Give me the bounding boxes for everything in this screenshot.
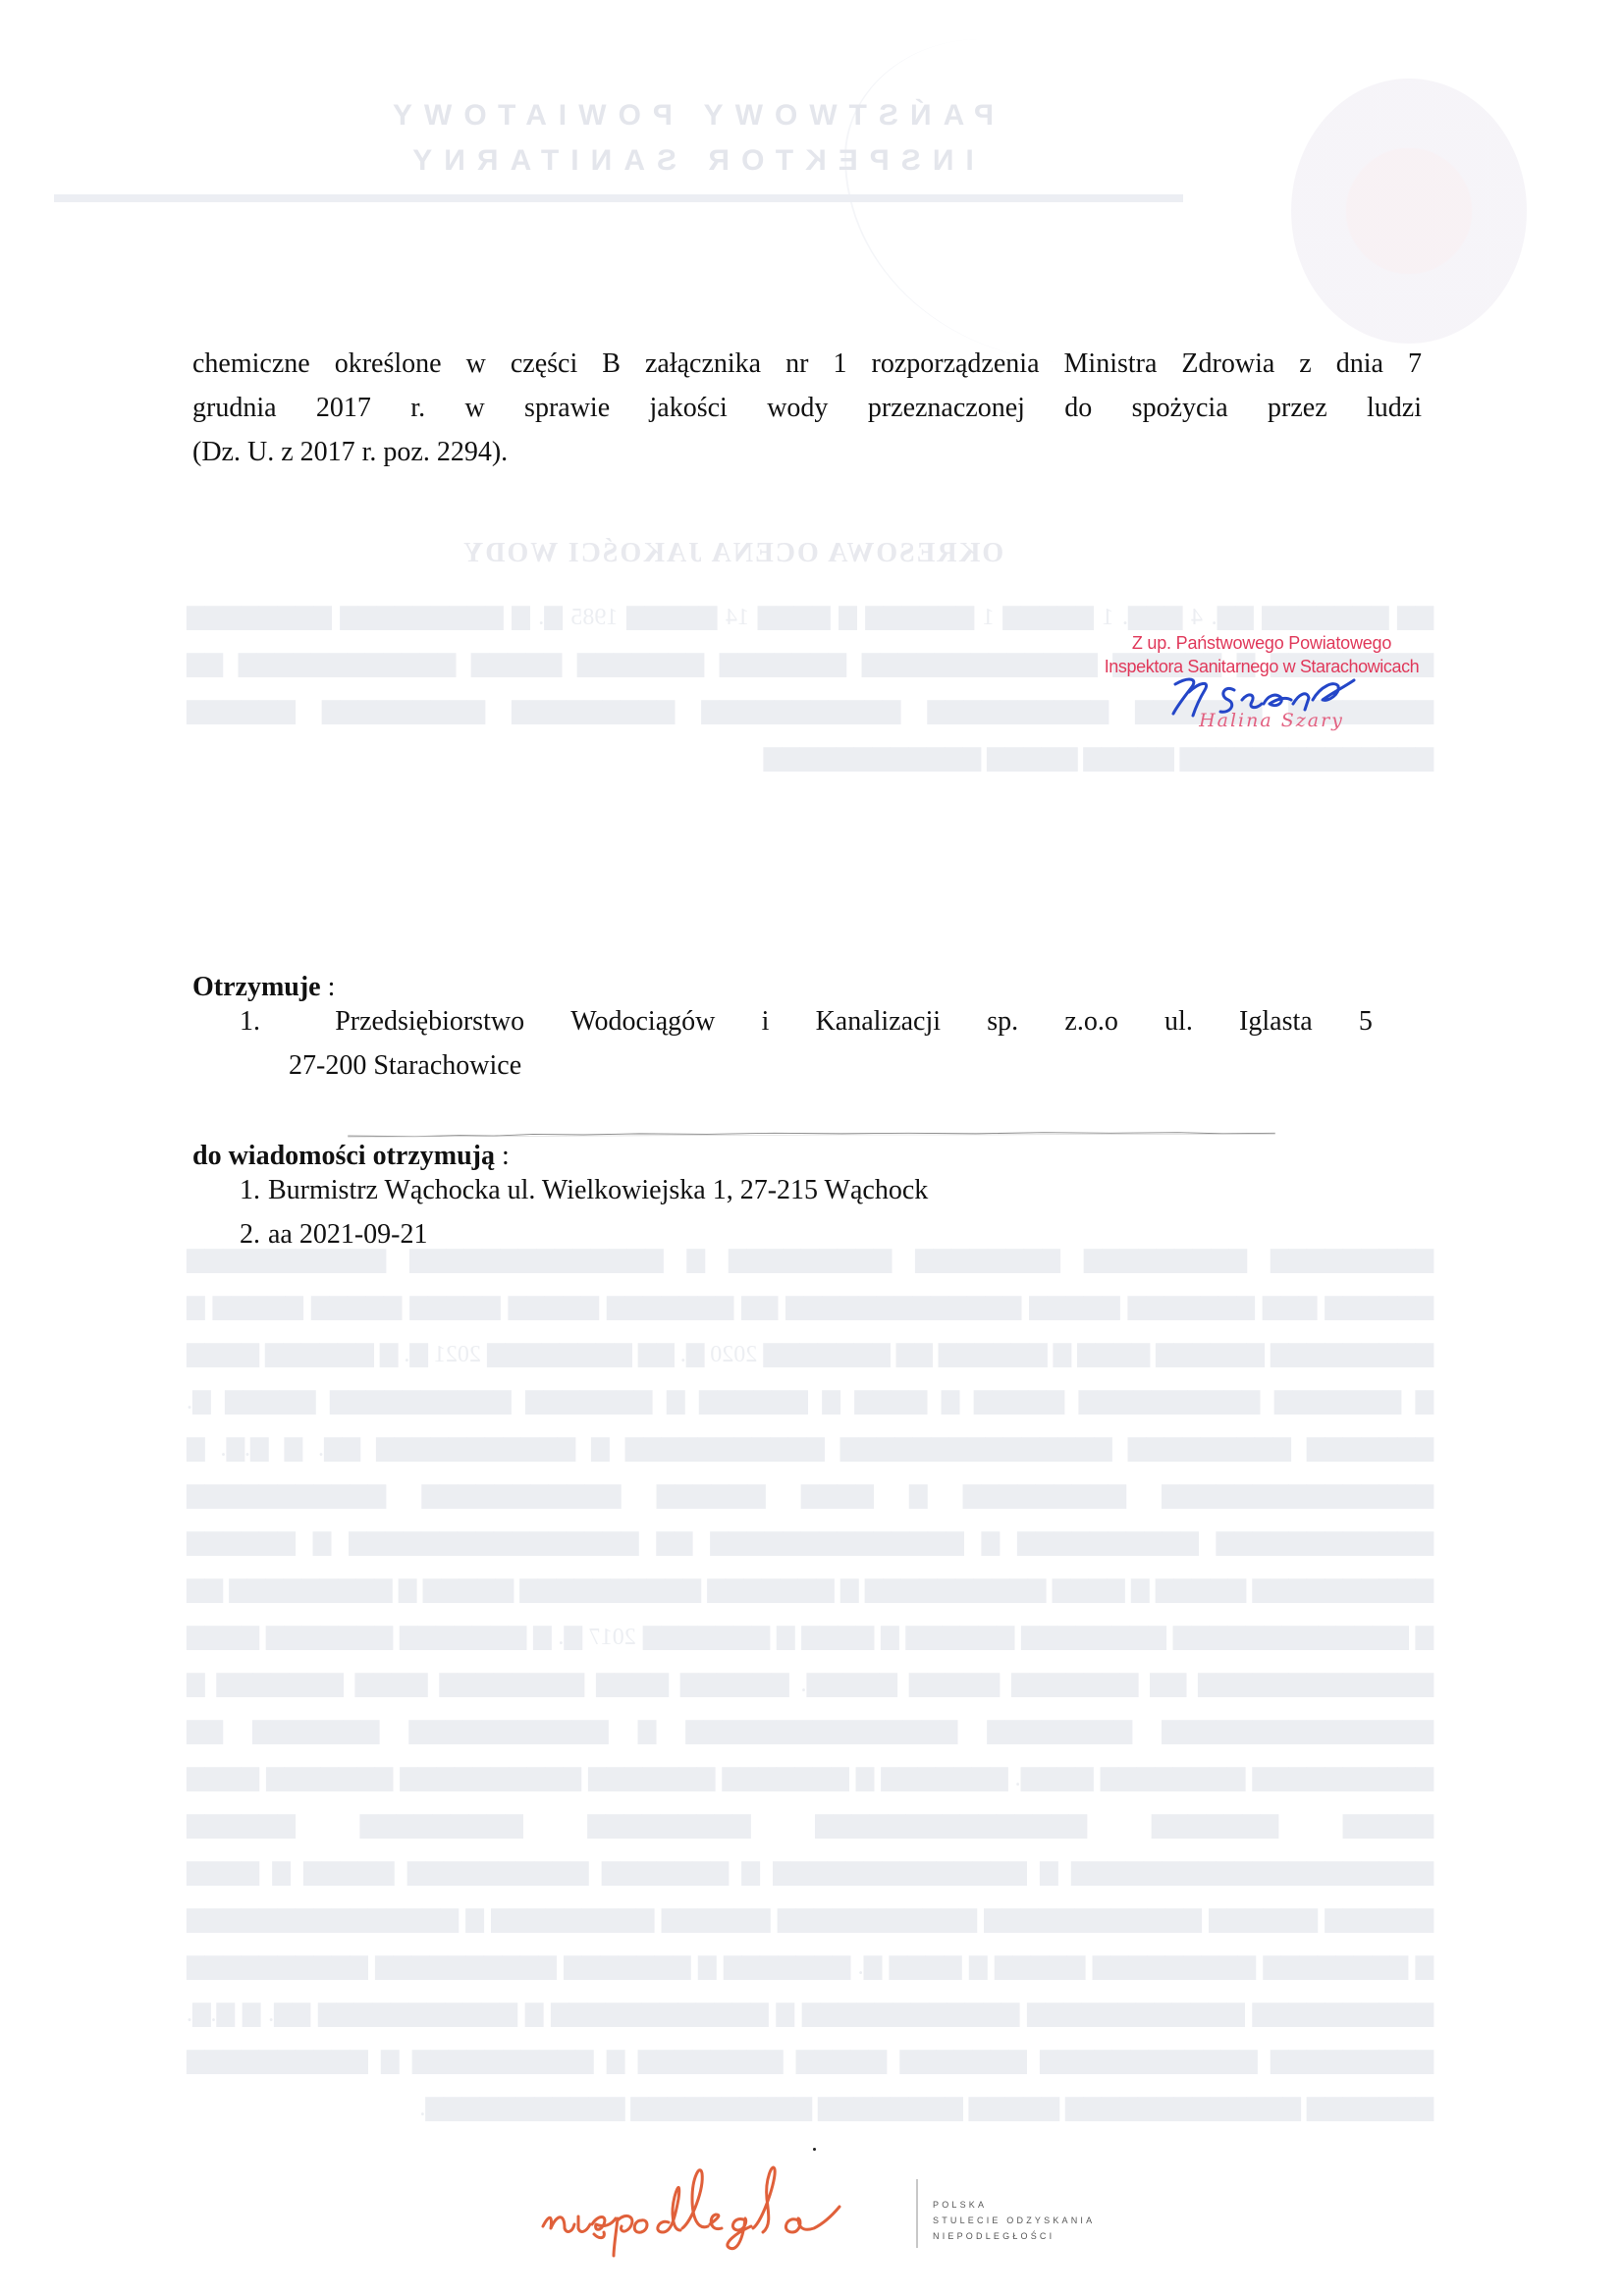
cc-item-text: Burmistrz Wąchocka ul. Wielkowiejska 1, … — [268, 1168, 928, 1212]
list-item: 1. Burmistrz Wąchocka ul. Wielkowiejska … — [240, 1168, 928, 1212]
recipient-word: Kanalizacji — [816, 999, 941, 1043]
official-stamp: Z up. Państwowego Powiatowego Inspektora… — [1075, 631, 1448, 733]
recipient-word: Wodociągów — [570, 999, 715, 1043]
footer-logo-niepodlegla: niepodległa POLSKA STULECIE ODZYSKANIA N… — [535, 2130, 1124, 2248]
recipient-word: ul. — [1164, 999, 1193, 1043]
body-paragraph-line: chemiczne określone w części B załącznik… — [192, 342, 1422, 386]
logo-tagline-line: POLSKA — [933, 2197, 1095, 2213]
stamp-line-1: Z up. Państwowego Powiatowego — [1075, 631, 1448, 655]
recipients-list: 1. Przedsiębiorstwo Wodociągów i Kanaliz… — [240, 999, 1422, 1088]
body-paragraph-line: grudnia 2017 r. w sprawie jakości wody p… — [192, 386, 1422, 430]
recipient-word: 5 — [1359, 999, 1373, 1043]
recipients-heading-colon: : — [321, 972, 336, 1002]
recipient-word: z.o.o — [1064, 999, 1117, 1043]
logo-divider — [916, 2179, 918, 2248]
niepodlegla-script-icon: niepodległa — [535, 2150, 908, 2258]
logo-tagline: POLSKA STULECIE ODZYSKANIA NIEPODLEGŁOŚC… — [933, 2197, 1095, 2244]
bleed-through-heading: OKRESOWA OCENA JAKOŚCI WODY — [461, 538, 1003, 569]
list-item: 2. aa 2021-09-21 — [240, 1212, 928, 1256]
recipient-word: i — [762, 999, 770, 1043]
cc-item-text: aa 2021-09-21 — [268, 1212, 428, 1256]
cc-heading-text: do wiadomości otrzymują — [192, 1141, 495, 1171]
list-number: 1. — [240, 999, 289, 1043]
logo-tagline-line: NIEPODLEGŁOŚCI — [933, 2228, 1095, 2244]
bleed-through-text: ▇▇▇▇▇▇▇▇▇ ▇▇▇▇▇▇▇▇▇ ▇▇▇▇▇▇▇▇ ▇▇▇▇▇▇▇▇▇ ▇… — [187, 1237, 1434, 2132]
list-number: 1. — [240, 1168, 260, 1212]
recipient-word: Przedsiębiorstwo — [335, 999, 524, 1043]
logo-tagline-line: STULECIE ODZYSKANIA — [933, 2213, 1095, 2228]
recipient-line-2: 27-200 Starachowice — [240, 1043, 1422, 1088]
bleed-through-seal — [1291, 79, 1527, 344]
recipients-heading-text: Otrzymuje — [192, 972, 321, 1002]
recipient-word: Iglasta — [1239, 999, 1313, 1043]
body-paragraph-line: (Dz. U. z 2017 r. poz. 2294). — [192, 430, 1422, 474]
signature-icon — [1165, 670, 1362, 720]
handwritten-signature — [1075, 678, 1448, 708]
recipient-word: sp. — [987, 999, 1018, 1043]
cc-list: 1. Burmistrz Wąchocka ul. Wielkowiejska … — [240, 1168, 928, 1256]
list-number: 2. — [240, 1212, 260, 1256]
recipient-line-1: 1. Przedsiębiorstwo Wodociągów i Kanaliz… — [240, 999, 1373, 1043]
body-paragraph: chemiczne określone w części B załącznik… — [192, 342, 1422, 474]
bleed-through-rule — [54, 194, 1183, 202]
cc-heading-colon: : — [495, 1141, 510, 1171]
list-item: 1. Przedsiębiorstwo Wodociągów i Kanaliz… — [240, 999, 1422, 1088]
